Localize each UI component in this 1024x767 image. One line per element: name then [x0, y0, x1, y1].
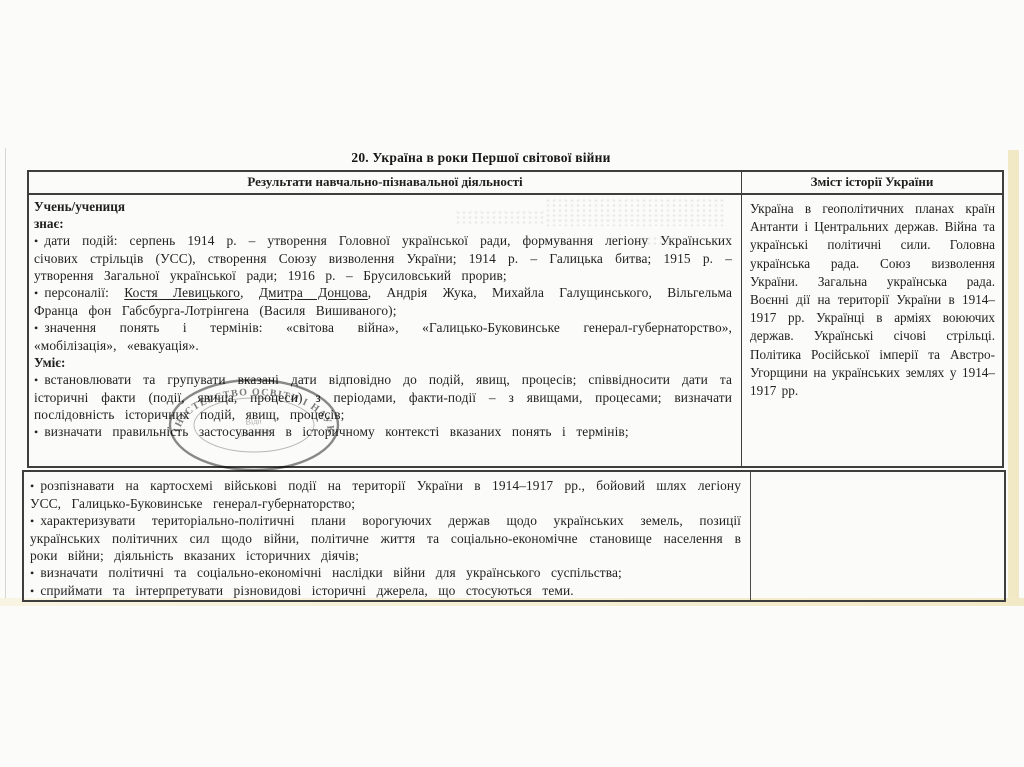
- content-cell: Україна в геополітичних планах країн Ант…: [742, 195, 1002, 466]
- column-header-results: Результати навчально-пізнавальної діяльн…: [29, 172, 742, 193]
- bullet-icon: •: [30, 479, 40, 493]
- bullet-icon: •: [34, 286, 44, 300]
- personalities-lead: персоналії:: [44, 285, 124, 300]
- personalities-bullet: •персоналії: Костя Левицького, Дмитра До…: [34, 284, 732, 319]
- scan-right-margin-strip: [1008, 150, 1019, 606]
- results-cell-bottom: •розпізнавати на картосхемі військові по…: [24, 472, 751, 600]
- scan-page-edge: [5, 148, 6, 606]
- column-header-content: Зміст історії України: [742, 172, 1002, 193]
- able-bullet-1-text: встановлювати та групувати вказані дати …: [34, 372, 732, 422]
- bullet-icon: •: [34, 373, 44, 387]
- bullet-icon: •: [34, 425, 44, 439]
- personality-name-underlined: Дмитра Донцова: [259, 285, 368, 300]
- empty-content-cell: [751, 472, 1004, 600]
- able-bullet-2: •визначати правильність застосування в і…: [34, 423, 732, 441]
- personality-name-underlined: Костя Левицького: [124, 285, 240, 300]
- bullet-icon: •: [30, 584, 40, 598]
- curriculum-table-bottom: •розпізнавати на картосхемі військові по…: [22, 470, 1006, 602]
- bottom-bullet-3: •визначати політичні та соціально-економ…: [30, 564, 741, 582]
- bottom-bullet-2-text: характеризувати територіально-політичні …: [30, 513, 741, 563]
- scan-noise: [545, 198, 725, 226]
- table-body-row: Учень/учениця знає: •дати подій: серпень…: [29, 195, 1002, 466]
- bottom-bullet-3-text: визначати політичні та соціально-економі…: [40, 565, 622, 580]
- bottom-bullet-1-text: розпізнавати на картосхемі військові под…: [30, 478, 741, 511]
- bottom-bullet-1: •розпізнавати на картосхемі військові по…: [30, 477, 741, 512]
- scan-noise: [455, 210, 545, 226]
- bullet-icon: •: [34, 321, 44, 335]
- terms-bullet-text: значення понять і термінів: «світова вій…: [34, 320, 732, 353]
- bottom-bullet-2: •характеризувати територіально-політичні…: [30, 512, 741, 564]
- slide-background: { "title": "20. Україна в роки Першої св…: [0, 0, 1024, 767]
- bottom-bullet-4: •сприймати та інтерпретувати різновидові…: [30, 582, 741, 600]
- page-title: 20. Україна в роки Першої світової війни: [27, 150, 935, 166]
- content-text: Україна в геополітичних планах країн Ант…: [750, 200, 995, 400]
- scan-noise: [610, 236, 670, 246]
- personalities-separator: ,: [240, 285, 259, 300]
- able-label: Уміє:: [34, 354, 732, 371]
- bullet-icon: •: [34, 234, 44, 248]
- table-header-row: Результати навчально-пізнавальної діяльн…: [29, 172, 1002, 195]
- bottom-bullet-4-text: сприймати та інтерпретувати різновидові …: [40, 583, 573, 598]
- terms-bullet: •значення понять і термінів: «світова ві…: [34, 319, 732, 354]
- able-bullet-2-text: визначати правильність застосування в іс…: [44, 424, 628, 439]
- bullet-icon: •: [30, 514, 40, 528]
- able-bullet-1: •встановлювати та групувати вказані дати…: [34, 371, 732, 423]
- bullet-icon: •: [30, 566, 40, 580]
